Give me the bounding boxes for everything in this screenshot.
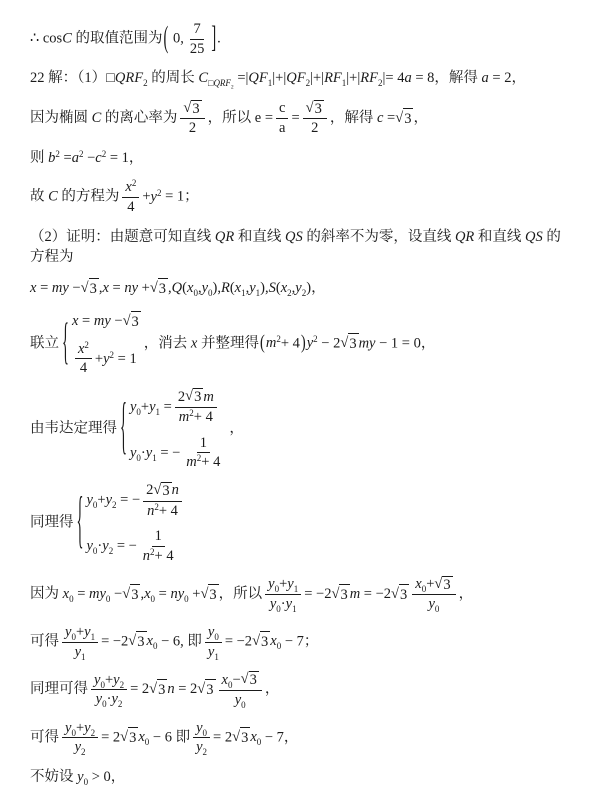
text-run: = 2， [489,70,526,86]
fraction-numerator: 2√3n [143,482,182,502]
text-run: □ [106,70,115,86]
math-variable: RF2 [360,70,382,86]
math-variable: c2 [95,150,106,166]
text-run: − 2 [318,335,341,351]
text-run: + [95,349,103,369]
fraction: x0+√3y0 [412,576,455,613]
text-run: 3 [159,279,166,299]
square-root: √3 [197,679,215,700]
text-run: 3 [194,389,201,406]
math-variable: C [62,31,72,47]
text-run: ，所以 [219,586,263,602]
math-variable: QF1 [248,70,272,86]
text-run: 3 [404,109,411,129]
radicand: 3 [205,679,215,700]
fraction: y0+y2y0·y2 [91,672,127,708]
fraction-numerator: c [276,100,288,119]
text-run: 3 [132,312,139,332]
text-run: = [291,110,299,126]
text-run: + [142,189,150,205]
math-variable: y0 [428,596,439,613]
math-variable: y1 [146,443,157,463]
fraction-denominator: y1 [72,643,89,661]
text-run: + [189,586,201,602]
math-variable: x0 [138,729,149,745]
radical-sign: √ [306,100,314,117]
text-run: 4 [80,360,87,377]
radical-sign: √ [252,631,260,651]
text-run: 0, [169,31,184,47]
text-run: 因为椭圆 [30,110,92,126]
radical-sign: √ [120,727,128,747]
text-run: ， [265,681,280,697]
line-part2-setup: （2）证明：由题意可知直线 QR 和直线 QS 的斜率不为零，设直线 QR 和直… [30,227,565,268]
math-variable: x0 [147,633,158,649]
math-variable: x2 [125,179,136,196]
text-run: + [76,624,84,641]
text-run: 3 [261,632,268,652]
text-run: ), [260,280,268,296]
text-run: + 4 [281,335,300,351]
text-run: = 1， [106,150,143,166]
square-root: √3 [120,727,138,748]
fraction: √32 [303,100,327,137]
text-run: 由韦达定理得 [30,421,117,437]
math-variable: y2 [151,189,162,205]
text-run: 的离心率为 [101,110,177,126]
radicand: 3 [399,584,409,605]
fraction-numerator: y0 [205,624,222,643]
math-variable: n [172,482,179,499]
text-run: ， [413,110,428,126]
fraction-denominator: y0·y1 [267,595,300,613]
left-brace: { [77,479,84,567]
square-root: √3 [200,584,218,605]
fraction-denominator: y0 [232,691,249,709]
fraction-numerator: x2 [122,179,139,198]
text-run: = −2 [360,586,391,602]
fraction: y0+y1y0·y1 [265,576,301,612]
fraction: x24 [122,179,139,215]
square-root: √3 [183,100,201,118]
text-run: − [111,311,123,331]
text-run: |= 4 [382,70,404,86]
math-variable: QF2 [286,70,310,86]
math-variable: y2 [106,490,117,510]
text-run: 不妨设 [30,769,77,785]
math-variable: y0 [94,672,105,689]
text-run: = [36,280,51,296]
math-variable: x0 [250,729,261,745]
radicand: 3 [314,100,324,118]
fraction-numerator: 7 [190,21,203,40]
math-variable: y0 [86,490,97,510]
radical-sign: √ [395,108,403,128]
math-variable: C [48,189,58,205]
text-run: 可得 [30,729,59,745]
text-run: c [279,100,285,117]
case-row: x = my −√3 [72,311,141,332]
text-run: + [76,720,84,737]
radical-sign: √ [81,278,89,298]
text-run: = [155,586,170,602]
text-run: 2 [311,120,318,137]
math-variable: x0 [187,280,198,296]
text-run: 1 [155,528,162,545]
square-root: √3 [122,584,140,605]
radical-sign: √ [340,333,348,353]
fraction-denominator: 25 [187,40,208,58]
text-run: + 4 [194,409,213,426]
text-run: 3 [137,632,144,652]
radical-sign: √ [122,584,130,604]
text-run: = 2 [213,729,232,745]
text-run: = 8，解得 [412,70,482,86]
text-run: |+| [346,70,360,86]
text-run: 3 [349,334,356,354]
line-derive-y0-over-y1: 可得y0+y1y1= −2√3x0 − 6, 即y0y1= −2√3x0 − 7… [30,624,565,660]
text-run: = [74,586,89,602]
math-variable: y0 [196,720,207,737]
fraction: 1m2+ 4 [183,435,223,471]
math-variable: ny [124,280,138,296]
square-root: √3 [81,278,99,299]
math-variable: y1 [286,596,297,613]
left-brace: { [120,385,127,473]
text-run: 3 [400,585,407,605]
math-variable: a [482,70,489,86]
square-root: √3 [434,576,452,594]
fraction: x0−√3y0 [219,671,262,708]
text-run: ，所以 e = [208,110,273,126]
text-run: = 2 [101,729,120,745]
fraction: y0y2 [193,720,210,756]
text-run: 2 [178,389,185,406]
line-line-equations: x = my −√3,x = ny +√3,Q(x0,y0),R(x1,y1),… [30,278,565,299]
radical-sign: √ [150,278,158,298]
text-run: ), [213,280,221,296]
text-run: + [138,280,150,296]
text-run: 并整理得 [197,335,259,351]
text-run: − 6, 即 [157,633,201,649]
square-root: √3 [241,671,259,689]
fraction-numerator: 2√3m [175,388,217,408]
math-variable: my [359,335,376,351]
text-run: 3 [131,585,138,605]
text-run: > 0， [88,769,125,785]
fraction: √32 [180,100,204,137]
text-run: |+| [310,70,324,86]
fraction-denominator: 4 [124,198,137,216]
math-variable: a [404,70,411,86]
text-run: + [426,576,434,593]
fraction-numerator: x2 [75,341,92,360]
square-root: √3 [391,584,409,605]
text-run: − [69,280,81,296]
math-variable: m2 [266,335,281,351]
square-root: √3 [153,482,171,500]
math-variable: m2 [186,454,201,471]
text-run: = [78,311,93,331]
text-run: 3 [340,585,347,605]
text-run: = [60,150,72,166]
radicand: 3 [161,482,171,500]
math-variable: x1 [235,280,246,296]
square-root: √3 [252,631,270,652]
math-variable: y2 [102,536,113,556]
text-run: . [217,31,221,47]
radicand: 3 [131,311,141,332]
math-variable: y2 [196,739,207,756]
math-variable: y2 [295,280,306,296]
radicand: 3 [128,727,138,748]
math-variable: QR [215,229,234,245]
text-run: |+| [272,70,286,86]
text-run: ∴ cos [30,31,62,47]
text-run: 3 [209,585,216,605]
square-root: √3 [331,584,349,605]
text-run: − 7， [261,729,298,745]
math-variable: y0 [96,691,107,708]
math-variable: QS [285,229,303,245]
square-root: √3 [185,388,203,406]
text-run: = [160,397,172,417]
case-row: y0+y1 =2√3mm2+ 4 [130,388,226,425]
radical-sign: √ [183,100,191,117]
text-run: 同理可得 [30,681,88,697]
fraction: 2√3nn2+ 4 [143,482,182,519]
radical-sign: √ [434,576,442,593]
text-run: + [105,672,113,689]
text-run: − 7； [281,633,318,649]
radical-sign: √ [331,584,339,604]
text-run: （2）证明：由题意可知直线 [30,229,215,245]
stretch-delimiter: ] [211,17,216,60]
fraction: y0+y1y1 [62,624,98,660]
text-run: ，消去 [144,335,191,351]
text-run: + 4 [159,503,178,520]
line-assume-y0-positive: 不妨设 y0 > 0， [30,767,565,787]
text-run: 因为 [30,586,63,602]
text-run: 3 [90,279,97,299]
text-run: − [83,150,95,166]
cases-group: {x = my −√3x24+y2 = 1 [62,311,141,378]
square-root: √3 [149,679,167,700]
radical-sign: √ [197,679,205,699]
radicand: 3 [348,333,358,354]
math-variable: n2 [143,548,155,565]
fraction-numerator: √3 [303,100,327,120]
math-variable: n2 [147,503,159,520]
cases-rows: y0+y1 =2√3mm2+ 4y0·y1 = −1m2+ 4 [130,388,226,471]
line-vieta-m: 由韦达定理得{y0+y1 =2√3mm2+ 4y0·y1 = −1m2+ 4， [30,388,565,471]
math-variable: C□QRF2 [198,70,233,86]
math-variable: y0 [202,280,213,296]
math-variable: R [221,280,230,296]
line-p22-part1-perimeter: 22 解：（1）□QRF2 的周长 C□QRF2 =|QF1|+|QF2|+|R… [30,68,565,88]
text-run: + 4 [155,548,174,565]
math-variable: y1 [75,644,86,661]
text-run: = −2 [225,633,252,649]
text-run: 则 [30,150,48,166]
math-variable: y0 [130,443,141,463]
text-run: = [383,110,395,126]
math-variable: y2 [84,720,95,737]
text-run: − 1 = 0， [375,335,435,351]
text-run: 2 [146,482,153,499]
radicand: 3 [158,278,168,299]
text-run: = −2 [304,586,331,602]
math-variable: y0 [77,769,88,785]
text-run: 3 [158,680,165,700]
text-run: 的取值范围为 [72,31,163,47]
text-run: = 2 [175,681,198,697]
math-variable: x0 [222,672,233,689]
line-eccentricity: 因为椭圆 C 的离心率为√32，所以 e =ca=√32，解得 c =√3， [30,100,565,137]
text-run: = − [113,536,137,556]
text-run: 可得 [30,633,59,649]
fraction: 2√3mm2+ 4 [175,388,217,425]
line-cosC-range: ∴ cosC 的取值范围为( 0,725]. [30,21,565,57]
fraction-denominator: a [276,119,288,137]
text-run: 联立 [30,335,59,351]
case-row: y0·y1 = −1m2+ 4 [130,435,226,471]
cases-rows: x = my −√3x24+y2 = 1 [72,311,141,378]
text-run: = 1； [161,189,198,205]
math-variable: y1 [208,644,219,661]
math-variable: QS [525,229,543,245]
fraction-numerator: y0+y2 [62,720,98,739]
math-variable: y0 [130,397,141,417]
text-run: 3 [315,101,322,118]
text-run: = [234,70,246,86]
math-variable: ny0 [170,586,188,602]
fraction: y0y1 [205,624,222,660]
fraction-denominator: n2+ 4 [140,547,177,565]
radicand: 3 [157,679,167,700]
cases-group: {y0+y2 = −2√3nn2+ 4y0·y2 = −1n2+ 4 [77,482,185,565]
math-variable: x2 [78,341,89,358]
math-variable: y0 [235,692,246,709]
math-variable: QRF2 [213,78,233,88]
square-root: √3 [340,333,358,354]
fraction-numerator: √3 [180,100,204,120]
line-similarly-n: 同理可得y0+y2y0·y2= 2√3n = 2√3x0−√3y0， [30,671,565,708]
radical-sign: √ [185,388,193,405]
line-because-x0: 因为 x0 = my0 −√3,x0 = ny0 +√3，所以y0+y1y0·y… [30,576,565,613]
radical-sign: √ [149,679,157,699]
text-run: 4 [127,199,134,216]
text-run: 故 [30,189,48,205]
math-variable: y0 [208,624,219,641]
text-run: 25 [190,41,205,58]
math-variable: y0 [65,720,76,737]
text-run: = 2 [130,681,149,697]
math-variable: y1 [287,576,298,593]
fraction-numerator: y0 [193,720,210,739]
fraction: x24 [75,341,92,377]
math-variable: y2 [113,672,124,689]
text-run: − [232,672,240,689]
fraction: y0+y2y2 [62,720,98,756]
radicand: 3 [260,631,270,652]
math-variable: y0 [65,624,76,641]
text-run: 3 [250,672,257,689]
math-variable: m2 [179,409,194,426]
text-run: = − [157,443,181,463]
radical-sign: √ [123,311,131,331]
line-b-squared: 则 b2 =a2 −c2 = 1， [30,148,565,168]
fraction-numerator: x0+√3 [412,576,455,596]
math-variable: b2 [48,150,60,166]
math-variable: my0 [89,586,110,602]
math-variable: RF1 [324,70,346,86]
fraction-denominator: 2 [308,119,321,137]
math-variable: y2 [307,335,318,351]
text-run: = − [117,490,141,510]
radical-sign: √ [232,727,240,747]
text-run: 2 [189,120,196,137]
text-run: + 4 [201,454,220,471]
fraction-numerator: x0−√3 [219,671,262,691]
line-ellipse-equation: 故 C 的方程为x24+y2 = 1； [30,179,565,215]
left-brace: { [62,308,69,379]
math-variable: S [269,280,276,296]
radicand: 3 [89,278,99,299]
math-variable: n [167,681,174,697]
square-root: √3 [395,108,413,129]
case-row: y0+y2 = −2√3nn2+ 4 [86,482,184,519]
cases-rows: y0+y2 = −2√3nn2+ 4y0·y2 = −1n2+ 4 [86,482,184,565]
text-run: 的周长 [148,70,199,86]
stretch-delimiter: ( [163,17,168,60]
math-variable: my [52,280,69,296]
text-run: 1 [200,435,207,452]
math-variable: x0 [63,586,74,602]
fraction-numerator: 1 [197,435,210,454]
text-run: 3 [206,680,213,700]
radicand: 3 [240,727,250,748]
math-variable: QRF2 [115,70,148,86]
math-variable: my [94,311,111,331]
fraction-denominator: m2+ 4 [176,408,216,426]
square-root: √3 [232,727,250,748]
line-derive-y0-over-y2: 可得y0+y2y2= 2√3x0 − 6 即y0y2= 2√3x0 − 7， [30,720,565,756]
text-run: + [97,490,105,510]
square-root: √3 [150,278,168,299]
math-variable: x0 [415,576,426,593]
cases-group: {y0+y1 =2√3mm2+ 4y0·y1 = −1m2+ 4 [120,388,226,471]
math-variable: m [350,586,360,602]
math-variable: m [203,389,213,406]
text-run: 7 [193,21,200,38]
radicand: 3 [130,584,140,605]
radical-sign: √ [391,584,399,604]
text-run: 的方程为 [58,189,120,205]
text-run: 和直线 [234,229,285,245]
text-run: = [109,280,124,296]
math-variable: y2 [111,691,122,708]
text-run: a [279,120,285,137]
case-row: y0·y2 = −1n2+ 4 [86,528,184,564]
text-run: )， [306,280,325,296]
text-run: = −2 [101,633,128,649]
fraction-denominator: y1 [205,643,222,661]
fraction-denominator: y2 [193,738,210,756]
square-root: √3 [123,311,141,332]
text-run: 3 [241,728,248,748]
square-root: √3 [128,631,146,652]
